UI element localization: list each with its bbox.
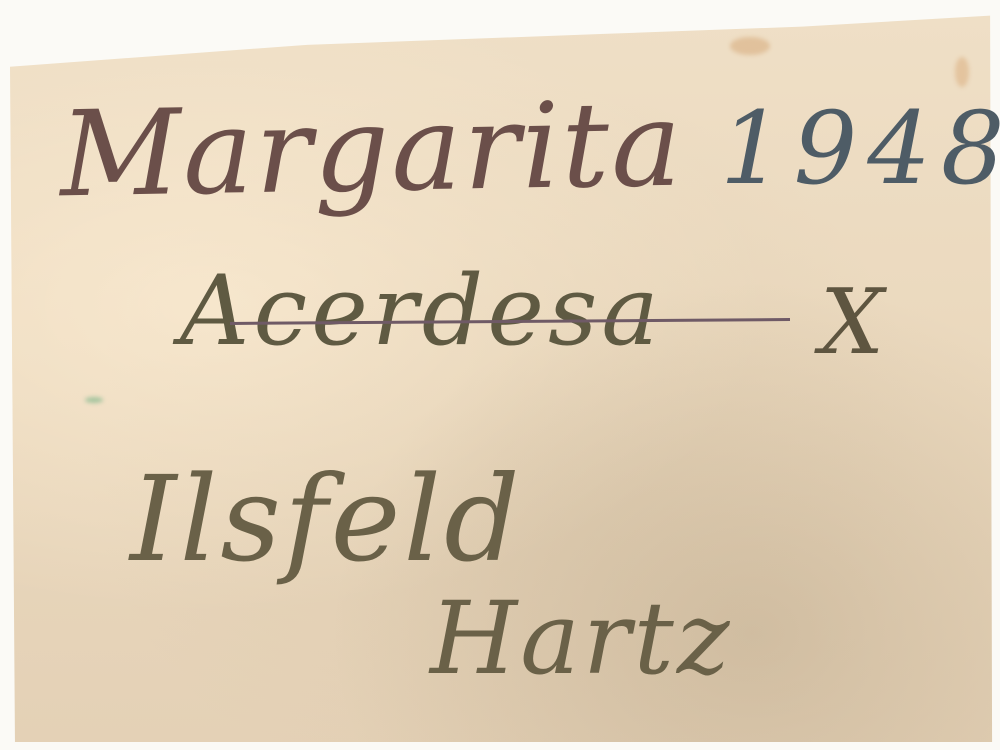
green-mark	[85, 397, 103, 403]
handwritten-name: Margarita	[59, 75, 685, 224]
handwritten-region: Hartz	[430, 580, 733, 697]
stain	[730, 37, 770, 55]
handwritten-year: 1948	[720, 90, 1000, 207]
handwritten-place: Ilsfeld	[130, 450, 523, 588]
x-mark: X	[820, 270, 884, 375]
struck-through-word: Acerdesa	[180, 255, 663, 367]
stain	[955, 57, 969, 87]
